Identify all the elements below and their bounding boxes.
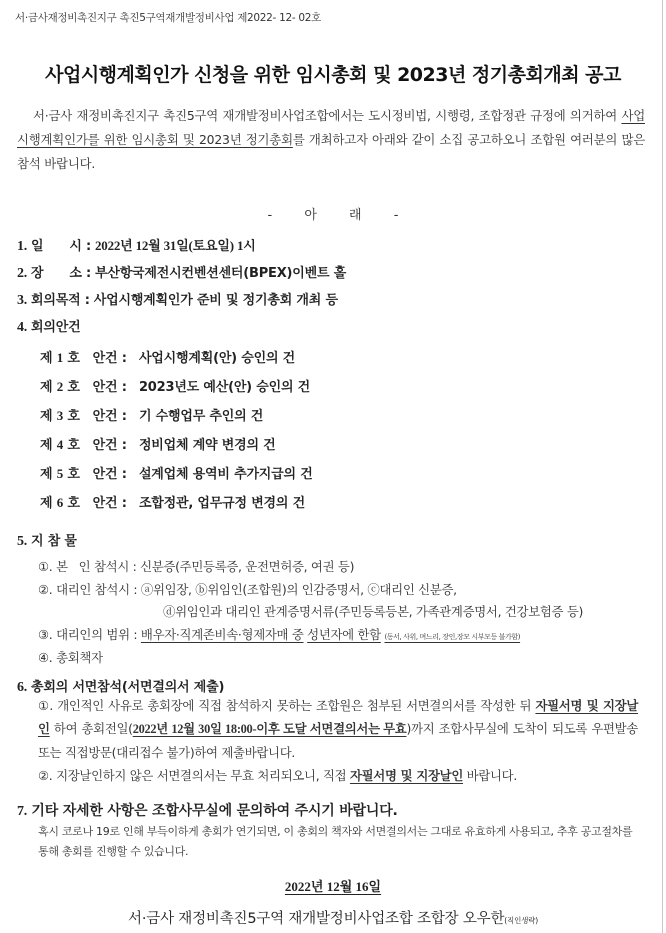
signer-line: 서·금사 재정비촉진5구역 재개발정비사업조합 조합장 오우한(직인생략) (0, 907, 666, 928)
sub-underlined-text: 배우자·직계존비속·형제자매 중 (141, 627, 304, 642)
agenda-number: 제 1 호 안건 : (40, 347, 135, 366)
agenda-item-1: 제 1 호 안건 : 사업시행계획(안) 승인의 건 (40, 347, 295, 366)
section5-item-2: ②. 대리인 참석시 : ⓐ위임장, ⓑ위임인(조합원)의 인감증명서, ⓒ대리… (38, 580, 457, 598)
section6-item-1: ①. 개인적인 사유로 총회장에 직접 참석하지 못하는 조합원은 첨부된 서면… (38, 694, 638, 764)
item-label: 장 소 : (31, 266, 91, 281)
item-label: 회의안건 (31, 320, 80, 335)
item-purpose: 3. 회의목적 : 사업시행계획인가 준비 및 정기총회 개최 등 (17, 289, 338, 309)
notice-date: 2022년 12월 16일 (0, 876, 666, 895)
sub-text: ⓐ위임장, ⓑ위임인(조합원)의 인감증명서, ⓒ대리인 신분증, (141, 582, 457, 597)
sub-note: (동서, 사위, 며느리, 장인,장모 시부모등 불가함) (384, 633, 520, 641)
agenda-number: 제 6 호 안건 : (40, 492, 135, 511)
section6-item-2: ②. 지장날인하지 않은 서면결의서는 무효 처리되오니, 직접 자필서명 및 … (38, 764, 638, 787)
section-number: 7. (17, 804, 27, 819)
sub-label: ①. 본 인 참석시 : (38, 559, 137, 574)
agenda-text: 기 수행업무 추인의 건 (139, 409, 263, 424)
item-value: 2022년 12월 31일(토요일) 1시 (95, 238, 256, 253)
sub-label: ③. 대리인의 범위 : (38, 627, 137, 642)
agenda-item-6: 제 6 호 안건 : 조합정관, 업무규정 변경의 건 (40, 492, 305, 511)
signer-name: 서·금사 재정비촉진5구역 재개발정비사업조합 조합장 오우한 (128, 911, 504, 927)
agenda-text: 사업시행계획(안) 승인의 건 (139, 351, 295, 366)
agenda-text: 조합정관, 업무규정 변경의 건 (139, 496, 305, 511)
item-value: 부산항국제전시컨벤션센터(BPEX)이벤트 홀 (95, 266, 346, 281)
sub-text: ⓓ위임인과 대리인 관계증명서류(주민등록등본, 가족관계증명서, 건강보험증 … (163, 604, 583, 619)
item-place: 2. 장 소 : 부산항국제전시컨벤션센터(BPEX)이벤트 홀 (17, 262, 346, 282)
section-heading: 지 참 물 (31, 534, 77, 549)
section6-paragraph: ①. 개인적인 사유로 총회장에 직접 참석하지 못하는 조합원은 첨부된 서면… (38, 694, 638, 787)
agenda-item-2: 제 2 호 안건 : 2023년도 예산(안) 승인의 건 (40, 376, 310, 395)
item-number: 2. (17, 266, 27, 281)
agenda-text: 2023년도 예산(안) 승인의 건 (139, 380, 310, 395)
intro-text: 서·금사 재정비촉진지구 촉진5구역 재개발정비사업조합에서는 도시정비법, 시… (33, 108, 621, 123)
section-heading: 기타 자세한 사항은 조합사무실에 문의하여 주시기 바랍니다. (31, 803, 397, 819)
agenda-item-4: 제 4 호 안건 : 정비업체 계약 변경의 건 (40, 434, 276, 453)
item-date: 1. 일 시 : 2022년 12월 31일(토요일) 1시 (17, 235, 256, 255)
agenda-number: 제 4 호 안건 : (40, 434, 135, 453)
item-number: 4. (17, 320, 27, 335)
agenda-item-5: 제 5 호 안건 : 설계업체 용역비 추가지급의 건 (40, 463, 313, 482)
item-label: 회의목적 : (31, 293, 90, 308)
item-number: 1. (17, 239, 27, 254)
agenda-text: 정비업체 계약 변경의 건 (139, 438, 276, 453)
item-agenda-heading: 4. 회의안건 (17, 316, 80, 336)
seal-omitted-note: (직인생략) (504, 916, 538, 925)
agenda-number: 제 5 호 안건 : (40, 463, 135, 482)
item-label: 일 시 : (31, 239, 91, 254)
section7-note: 혹시 코로나 19로 인해 부득이하게 총회가 연기되면, 이 총회의 책자와 … (38, 822, 638, 862)
section-heading: 총회의 서면참석(서면결의서 제출) (31, 680, 224, 695)
section5-item-1: ①. 본 인 참석시 : 신분증(주민등록증, 운전면허증, 여권 등) (38, 557, 354, 575)
notice-document: 서·금사재정비촉진지구 촉진5구역재개발정비사업 제2022- 12- 02호 … (0, 0, 666, 933)
item-number: 3. (17, 293, 27, 308)
underlined-deadline: 2022년 12월 30일 18:00-이후 도달 서면결의서는 무효 (133, 722, 407, 736)
intro-paragraph: 서·금사 재정비촉진지구 촉진5구역 재개발정비사업조합에서는 도시정비법, 시… (17, 104, 645, 176)
item-value: 사업시행계획인가 준비 및 정기총회 개최 등 (94, 293, 338, 308)
section6-heading: 6. 총회의 서면참석(서면결의서 제출) (17, 676, 224, 696)
sub-label: ④. 총회책자 (38, 650, 103, 665)
sub-underlined-text: 성년자에 한함 (307, 627, 381, 642)
section5-item-2-cont: ⓓ위임인과 대리인 관계증명서류(주민등록등본, 가족관계증명서, 건강보험증 … (163, 602, 583, 620)
agenda-number: 제 3 호 안건 : (40, 405, 135, 424)
agenda-number: 제 2 호 안건 : (40, 376, 135, 395)
section-number: 5. (17, 534, 27, 549)
section5-heading: 5. 지 참 물 (17, 530, 77, 550)
section5-item-4: ④. 총회책자 (38, 648, 103, 666)
agenda-text: 설계업체 용역비 추가지급의 건 (139, 467, 313, 482)
document-number: 서·금사재정비촉진지구 촉진5구역재개발정비사업 제2022- 12- 02호 (15, 10, 321, 25)
page-edge-rule (662, 0, 663, 933)
section-number: 6. (17, 680, 27, 695)
agenda-item-3: 제 3 호 안건 : 기 수행업무 추인의 건 (40, 405, 263, 424)
section7-heading: 7. 기타 자세한 사항은 조합사무실에 문의하여 주시기 바랍니다. (17, 800, 398, 820)
sub-label: ②. 대리인 참석시 : (38, 582, 137, 597)
underlined-text: 자필서명 및 지장날인 (350, 768, 463, 783)
section-divider-label: - 아 래 - (0, 204, 666, 223)
section5-item-3: ③. 대리인의 범위 : 배우자·직계존비속·형제자매 중 성년자에 한함 (동… (38, 625, 520, 643)
document-title: 사업시행계획인가 신청을 위한 임시총회 및 2023년 정기총회개최 공고 (0, 60, 666, 87)
sub-text: 신분증(주민등록증, 운전면허증, 여권 등) (140, 559, 354, 574)
